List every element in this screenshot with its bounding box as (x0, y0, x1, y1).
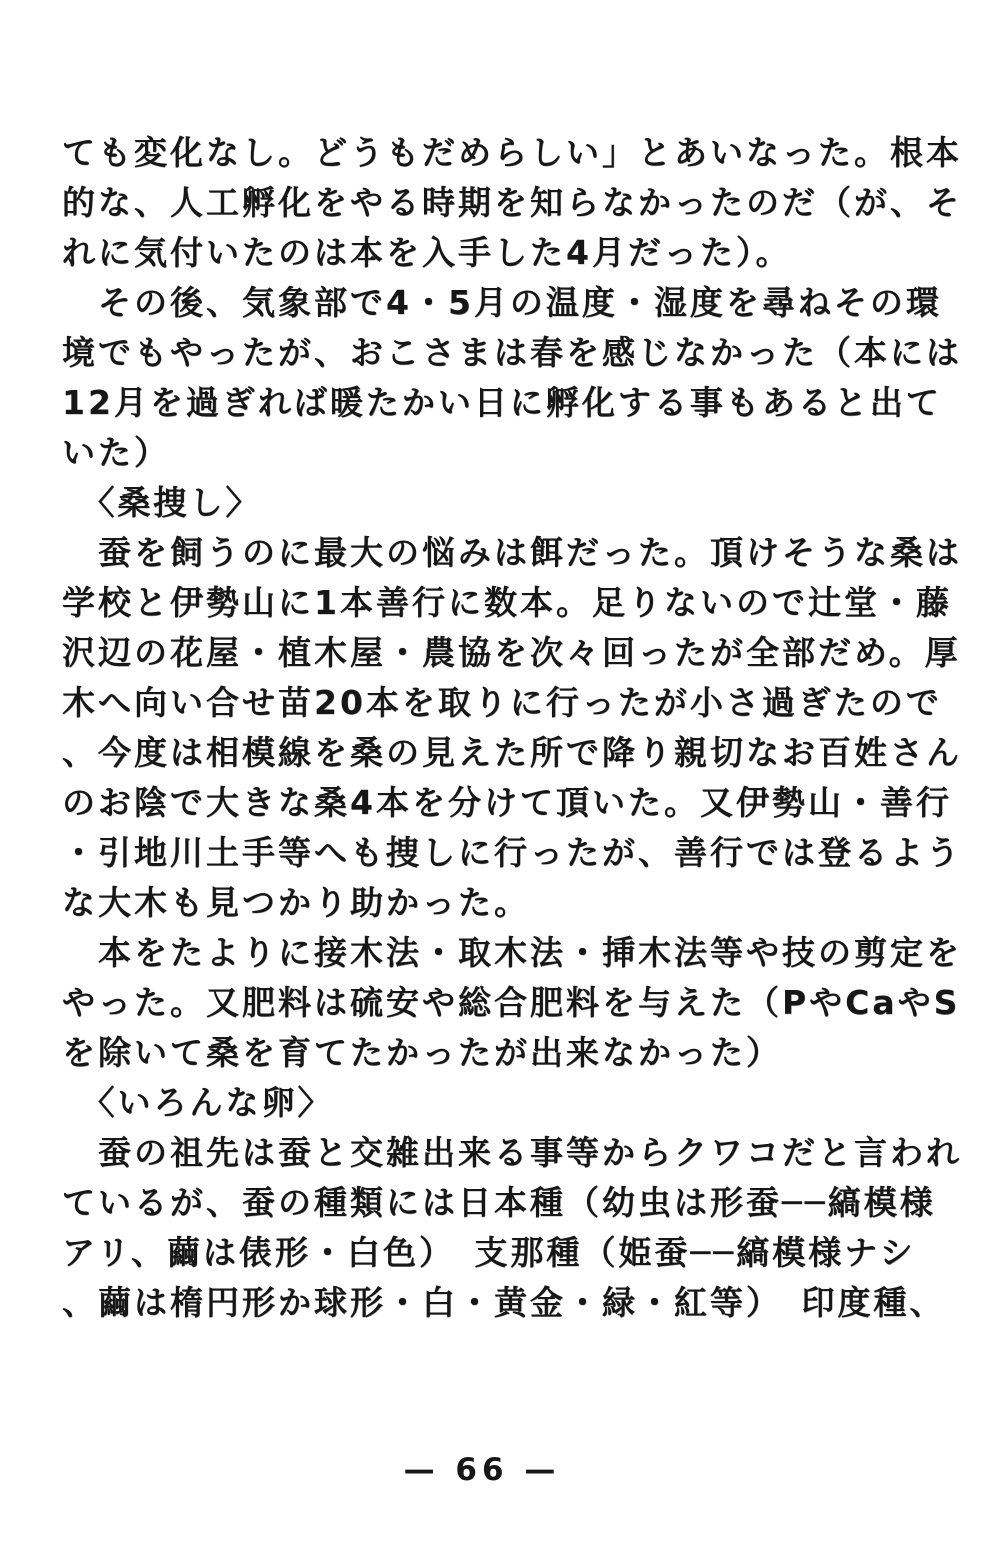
text-line: ても変化なし。どうもだめらしい」とあいなった。根本 (62, 128, 942, 178)
text-line: 木へ向い合せ苗20本を取りに行ったが小さ過ぎたので (62, 678, 942, 728)
text-line: 境でもやったが、おこさまは春を感じなかった（本には (62, 328, 942, 378)
text-line: 本をたよりに接木法・取木法・挿木法等や技の剪定を (62, 928, 942, 978)
text-line: 、今度は相模線を桑の見えた所で降り親切なお百姓さん (62, 728, 942, 778)
text-line: 沢辺の花屋・植木屋・農協を次々回ったが全部だめ。厚 (62, 628, 942, 678)
section-heading-ironna-tamago: 〈いろんな卵〉 (62, 1078, 942, 1128)
text-line: その後、気象部で4・5月の温度・湿度を尋ねその環 (62, 278, 942, 328)
text-line: 、繭は楕円形か球形・白・黄金・緑・紅等） 印度種、 (62, 1278, 942, 1328)
text-line: れに気付いたのは本を入手した4月だった）。 (62, 228, 942, 278)
text-line: やった。又肥料は硫安や総合肥料を与えた（PやCaやS (62, 978, 942, 1028)
text-line: アリ、繭は俵形・白色） 支那種（姫蚕──縞模様ナシ (62, 1228, 942, 1278)
text-line: 蚕の祖先は蚕と交雑出来る事等からクワコだと言われ (62, 1128, 942, 1178)
text-line: のお陰で大きな桑4本を分けて頂いた。又伊勢山・善行 (62, 778, 942, 828)
scanned-document-page: ても変化なし。どうもだめらしい」とあいなった。根本 的な、人工孵化をやる時期を知… (0, 0, 1000, 1544)
text-line: いた） (62, 428, 942, 478)
text-line: 12月を過ぎれば暖たかい日に孵化する事もあると出て (62, 378, 942, 428)
section-heading-kuwa-sagashi: 〈桑捜し〉 (62, 478, 942, 528)
text-line: ・引地川土手等へも捜しに行ったが、善行では登るよう (62, 828, 942, 878)
text-block: ても変化なし。どうもだめらしい」とあいなった。根本 的な、人工孵化をやる時期を知… (62, 128, 942, 1328)
text-line: 的な、人工孵化をやる時期を知らなかったのだ（が、そ (62, 178, 942, 228)
text-line: を除いて桑を育てたかったが出来なかった） (62, 1028, 942, 1078)
text-line: な大木も見つかり助かった。 (62, 878, 942, 928)
text-line: 学校と伊勢山に1本善行に数本。足りないので辻堂・藤 (62, 578, 942, 628)
text-line: ているが、蚕の種類には日本種（幼虫は形蚕──縞模様 (62, 1178, 942, 1228)
page-number: — 66 — (0, 1452, 982, 1488)
text-line: 蚕を飼うのに最大の悩みは餌だった。頂けそうな桑は (62, 528, 942, 578)
